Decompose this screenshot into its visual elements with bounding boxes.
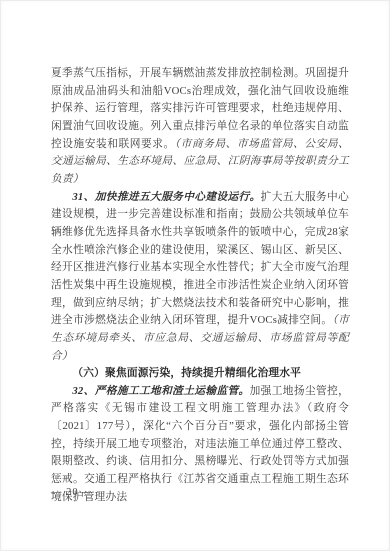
paragraph-item-32: 32、严格施工工地和渣土运输监管。加强工地扬尘管控，严格落实《无锡市建设工程文明… [51, 383, 349, 507]
document-body: 夏季蒸气压指标，开展车辆燃油蒸发排放控制检测。巩固提升原油成品油码头和油船VOC… [51, 65, 349, 506]
page-number: — 20 — [51, 487, 94, 498]
text-run: 加强工地扬尘管控，严格落实《无锡市建设工程文明施工管理办法》（政府令〔2021〕… [51, 385, 349, 503]
text-run: 31、加快推进五大服务中心建设运行。 [72, 191, 260, 203]
document-page: 夏季蒸气压指标，开展车辆燃油蒸发排放控制检测。巩固提升原油成品油码头和油船VOC… [0, 0, 390, 551]
heading-section-six: （六）聚焦面源污染，持续提升精细化治理水平 [51, 365, 349, 383]
text-run: 扩大五大服务中心建设规模，进一步完善建设标准和指南；鼓励公共领域单位车辆维修优先… [51, 191, 349, 327]
paragraph-item-31: 31、加快推进五大服务中心建设运行。扩大五大服务中心建设规模，进一步完善建设标准… [51, 189, 349, 366]
text-run: 32、严格施工工地和渣土运输监管。 [72, 385, 249, 397]
paragraph-vocs-continuation: 夏季蒸气压指标，开展车辆燃油蒸发排放控制检测。巩固提升原油成品油码头和油船VOC… [51, 65, 349, 189]
text-run: （六）聚焦面源污染，持续提升精细化治理水平 [72, 367, 301, 379]
